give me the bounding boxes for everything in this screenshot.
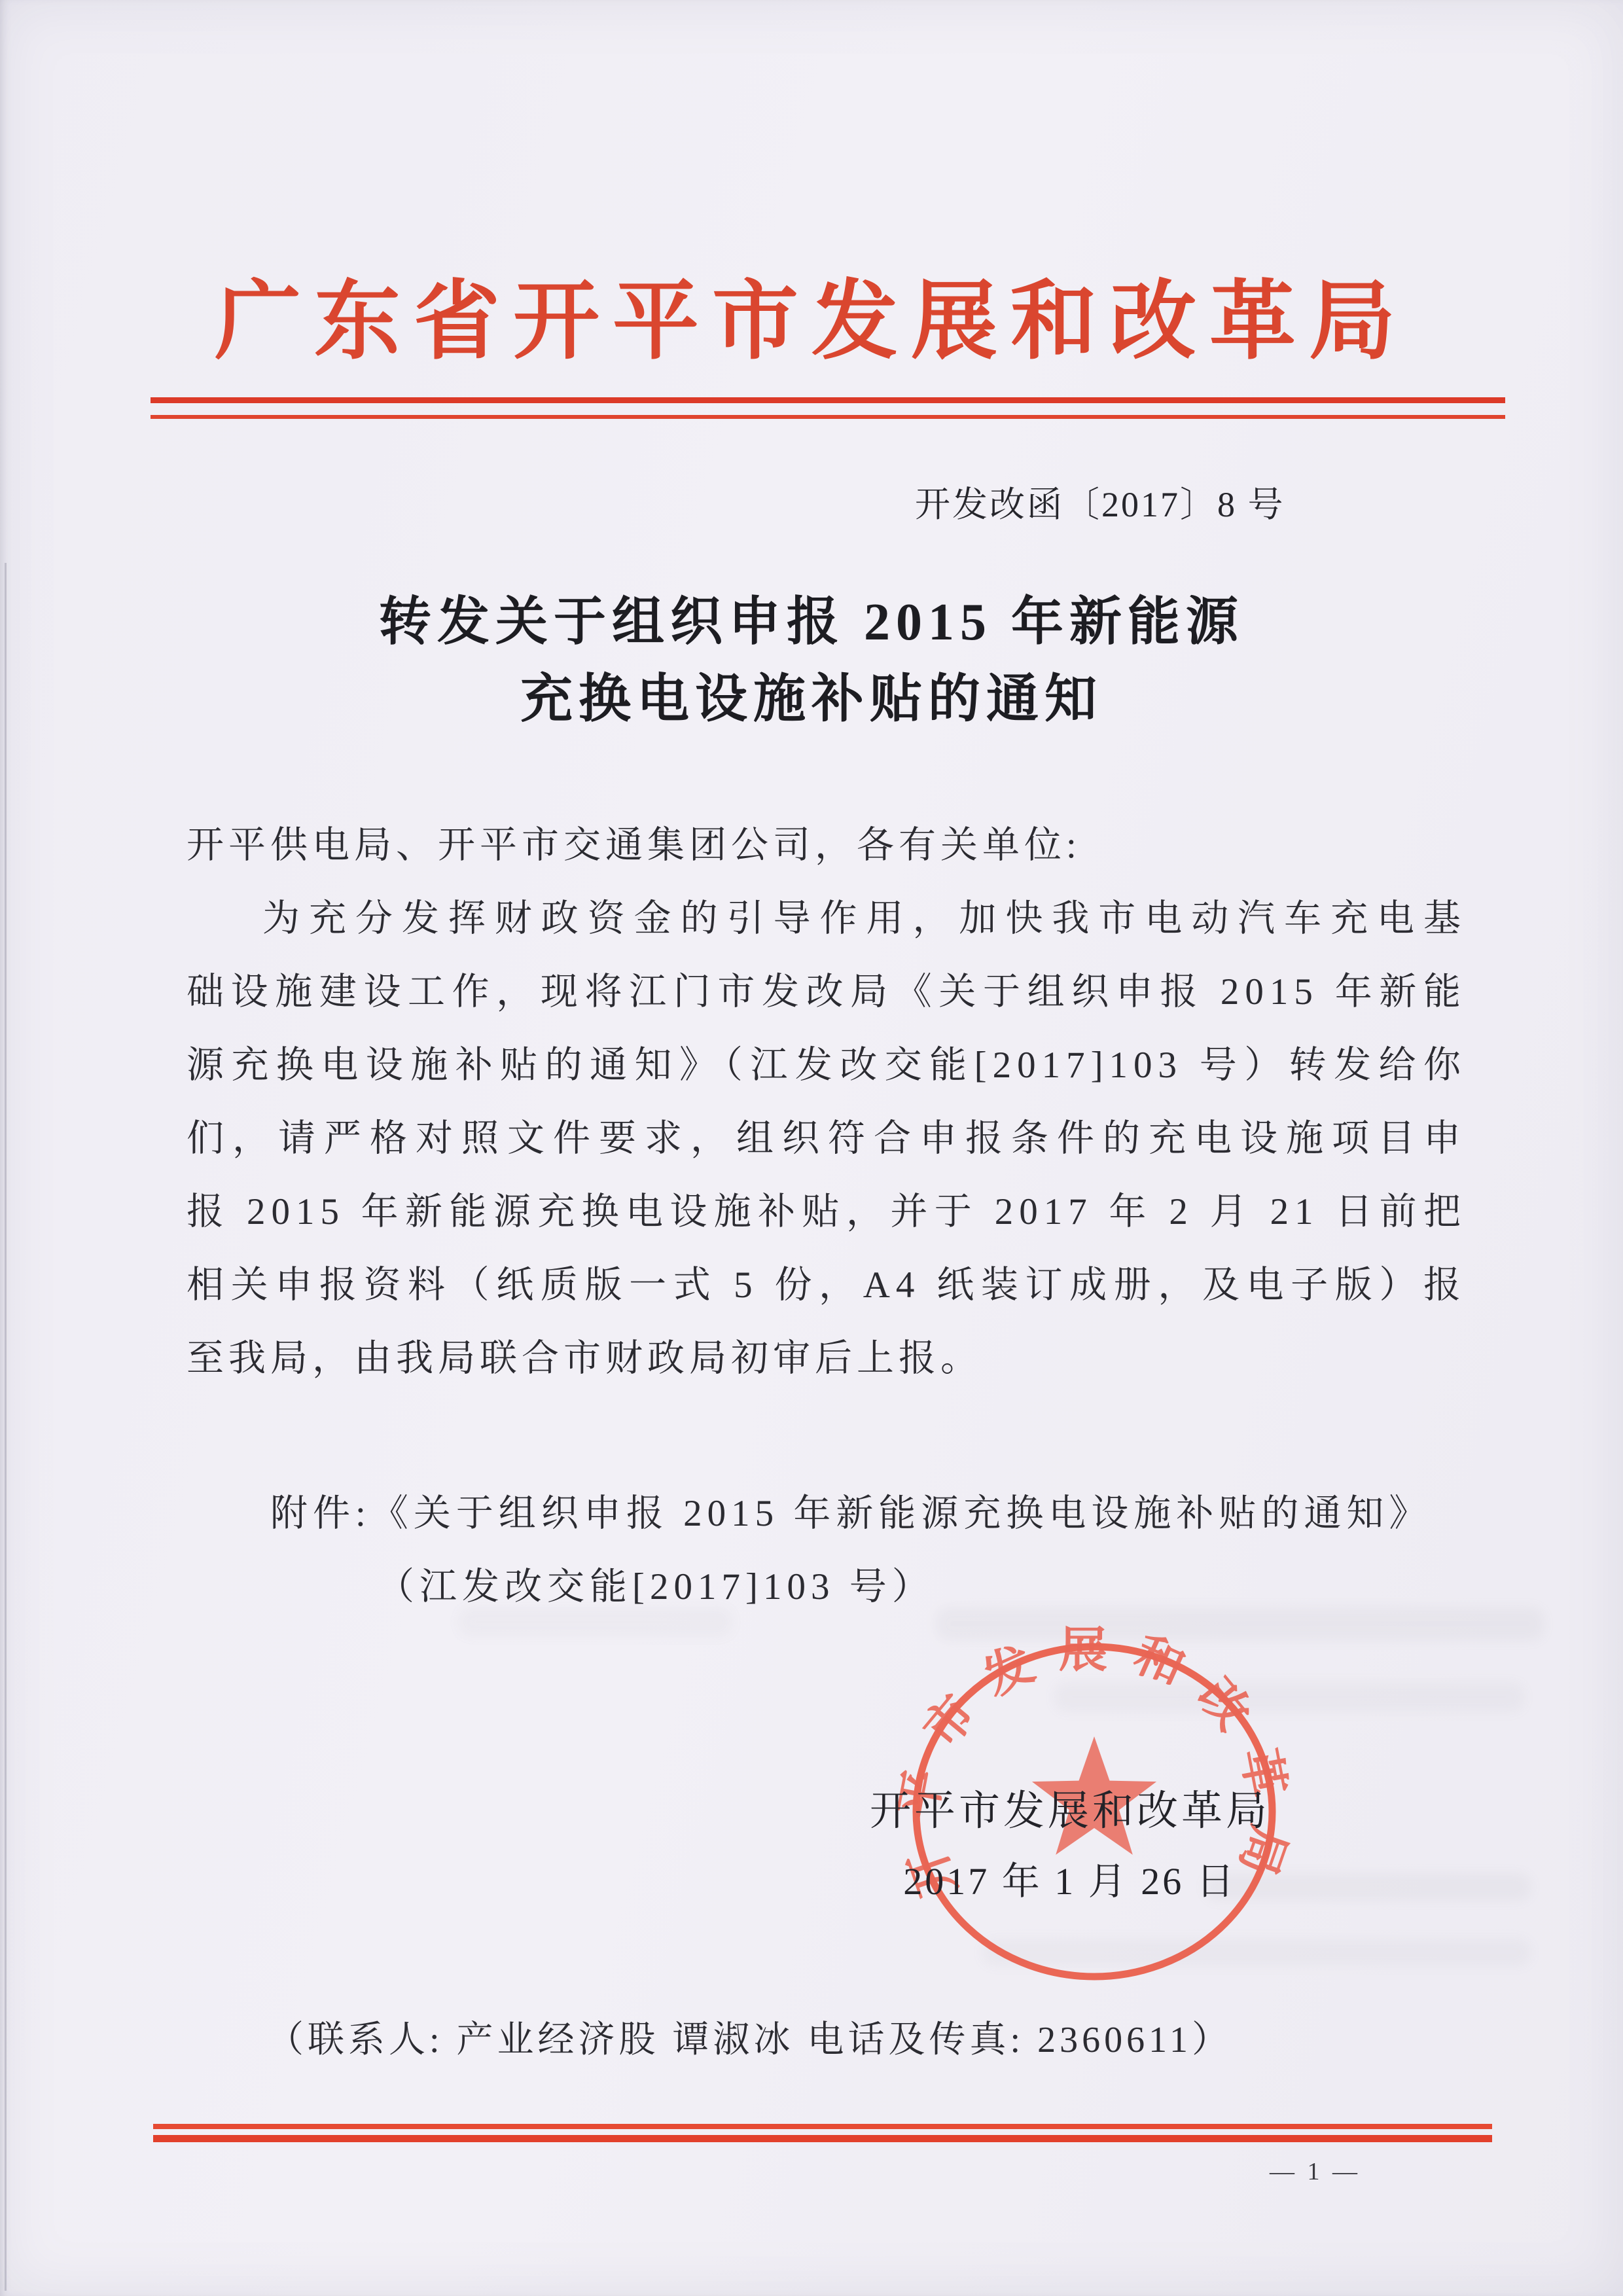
agency-letterhead-title: 广东省开平市发展和改革局	[0, 251, 1623, 376]
document-title-line-2: 充换电设施补贴的通知	[0, 661, 1623, 738]
body-line: 源充换电设施补贴的通知》（江发改交能[2017]103 号）转发给你	[187, 1029, 1467, 1102]
scan-artifact	[458, 1607, 733, 1637]
contact-line: （联系人: 产业经济股 谭淑冰 电话及传真: 2360611）	[267, 2011, 1232, 2063]
body-line: 础设施建设工作，现将江门市发改局《关于组织申报 2015 年新能	[187, 956, 1467, 1029]
body-line: 们，请严格对照文件要求，组织符合申报条件的充电设施项目申	[187, 1102, 1467, 1175]
document-title-line-1: 转发关于组织申报 2015 年新能源	[0, 584, 1623, 661]
letterhead-rule-thick	[151, 397, 1505, 403]
signature-agency: 开平市发展和改革局	[802, 1782, 1338, 1840]
signature-block: 开平市发展和改革局 2017 年 1 月 26 日	[802, 1782, 1338, 1911]
signature-date: 2017 年 1 月 26 日	[802, 1852, 1338, 1911]
body-line: 报 2015 年新能源充换电设施补贴，并于 2017 年 2 月 21 日前把	[187, 1175, 1467, 1249]
body-line: 相关申报资料（纸质版一式 5 份，A4 纸装订成册，及电子版）报	[187, 1249, 1467, 1322]
footer-rule-thin	[153, 2124, 1492, 2129]
document-reference-number: 开发改函〔2017〕8 号	[915, 476, 1285, 527]
document-title: 转发关于组织申报 2015 年新能源 充换电设施补贴的通知	[0, 584, 1623, 738]
body-paragraph: 开平供电局、开平市交通集团公司，各有关单位: 为充分发挥财政资金的引导作用，加快…	[187, 809, 1467, 1395]
body-line: 为充分发挥财政资金的引导作用，加快我市电动汽车充电基	[187, 882, 1467, 956]
attachment-block: 附件:《关于组织申报 2015 年新能源充换电设施补贴的通知》 （江发改交能[2…	[270, 1477, 1474, 1624]
body-line: 至我局，由我局联合市财政局初审后上报。	[187, 1322, 1467, 1395]
letterhead-rule-thin	[151, 415, 1505, 419]
scanned-official-document: 广东省开平市发展和改革局 开发改函〔2017〕8 号 转发关于组织申报 2015…	[0, 0, 1623, 2296]
attachment-line-1: 附件:《关于组织申报 2015 年新能源充换电设施补贴的通知》	[270, 1477, 1474, 1551]
page-number: — 1 —	[1270, 2157, 1361, 2186]
scan-edge-line	[5, 563, 7, 2291]
footer-rule-thick	[153, 2135, 1492, 2142]
body-line: 开平供电局、开平市交通集团公司，各有关单位:	[187, 809, 1467, 882]
